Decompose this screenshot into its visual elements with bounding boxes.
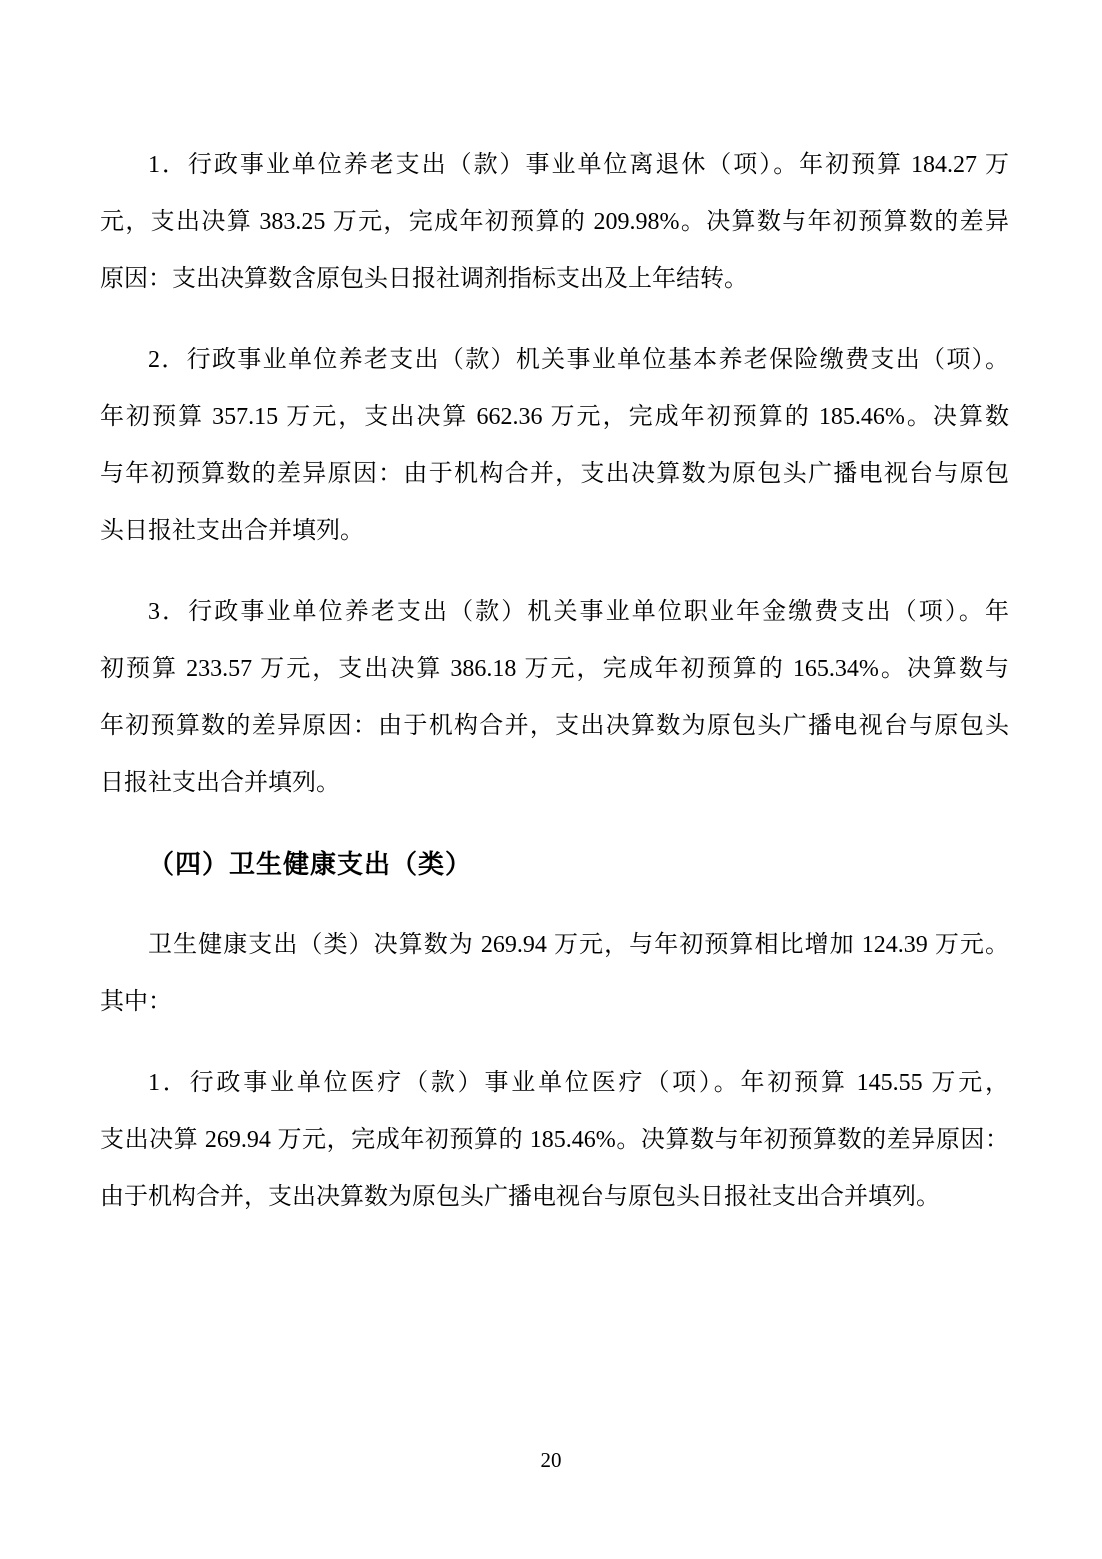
text-line: 3．行政事业单位养老支出（款）机关事业单位职业年金缴费支出（项）。年 [100,584,1009,641]
text-line: 年初预算 357.15 万元，支出决算 662.36 万元，完成年初预算的 18… [100,389,1009,446]
text-line: 2．行政事业单位养老支出（款）机关事业单位基本养老保险缴费支出（项）。 [100,332,1009,389]
text-line: 年初预算数的差异原因：由于机构合并，支出决算数为原包头广播电视台与原包头 [100,698,1009,755]
document-page: 1．行政事业单位养老支出（款）事业单位离退休（项）。年初预算 184.27 万 … [0,0,1102,1559]
text-line: 由于机构合并，支出决算数为原包头广播电视台与原包头日报社支出合并填列。 [100,1169,1009,1226]
text-line: 初预算 233.57 万元，支出决算 386.18 万元，完成年初预算的 165… [100,641,1009,698]
text-line: 元，支出决算 383.25 万元，完成年初预算的 209.98%。决算数与年初预… [100,194,1009,251]
text-line: 其中： [100,974,1009,1031]
text-line: 与年初预算数的差异原因：由于机构合并，支出决算数为原包头广播电视台与原包 [100,446,1009,503]
text-line: 1．行政事业单位医疗（款）事业单位医疗（项）。年初预算 145.55 万元， [100,1055,1009,1112]
text-line: 日报社支出合并填列。 [100,755,1009,812]
section-heading-health-expenditure: （四）卫生健康支出（类） [100,836,1009,893]
text-line: 原因：支出决算数含原包头日报社调剂指标支出及上年结转。 [100,251,1009,308]
paragraph-pension-annuity: 3．行政事业单位养老支出（款）机关事业单位职业年金缴费支出（项）。年 初预算 2… [100,584,1009,812]
text-line: 头日报社支出合并填列。 [100,503,1009,560]
paragraph-health-summary: 卫生健康支出（类）决算数为 269.94 万元，与年初预算相比增加 124.39… [100,917,1009,1031]
text-line: 支出决算 269.94 万元，完成年初预算的 185.46%。决算数与年初预算数… [100,1112,1009,1169]
paragraph-medical-expenditure: 1．行政事业单位医疗（款）事业单位医疗（项）。年初预算 145.55 万元， 支… [100,1055,1009,1226]
document-content: 1．行政事业单位养老支出（款）事业单位离退休（项）。年初预算 184.27 万 … [100,137,1009,1250]
page-number: 20 [0,1448,1102,1473]
text-line: 1．行政事业单位养老支出（款）事业单位离退休（项）。年初预算 184.27 万 [100,137,1009,194]
paragraph-pension-basic-insurance: 2．行政事业单位养老支出（款）机关事业单位基本养老保险缴费支出（项）。 年初预算… [100,332,1009,560]
text-line: 卫生健康支出（类）决算数为 269.94 万元，与年初预算相比增加 124.39… [100,917,1009,974]
paragraph-pension-retirees: 1．行政事业单位养老支出（款）事业单位离退休（项）。年初预算 184.27 万 … [100,137,1009,308]
